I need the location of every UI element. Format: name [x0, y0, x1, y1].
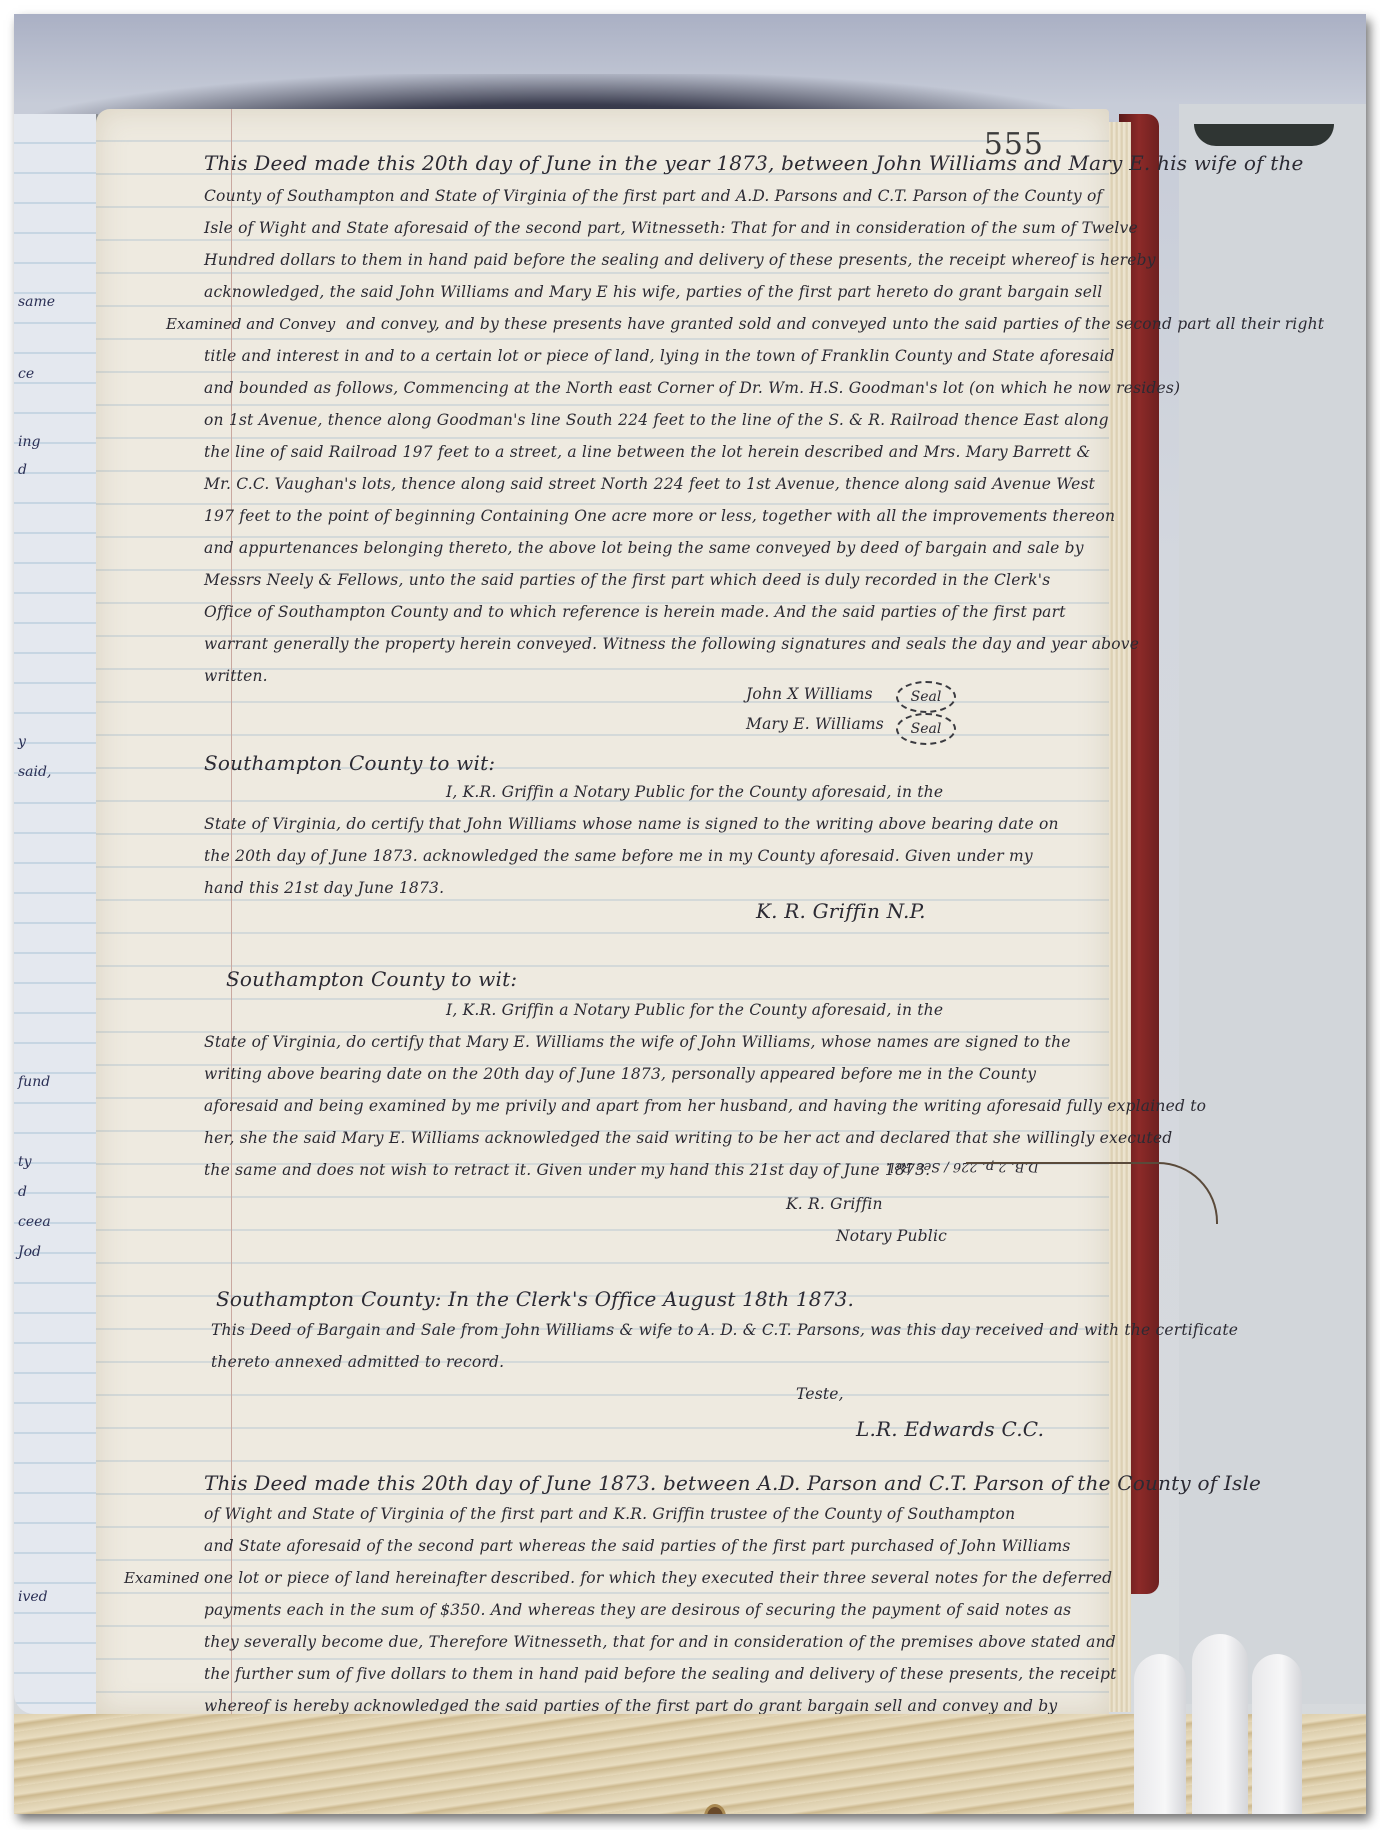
certificate-line: State of Virginia, do certify that Mary … [204, 1033, 1071, 1051]
deed-line: of Wight and State of Virginia of the fi… [204, 1505, 1015, 1523]
deed-line: and appurtenances belonging thereto, the… [204, 539, 1084, 557]
seal-icon: Seal [896, 681, 956, 713]
deed-line: the further sum of five dollars to them … [204, 1665, 1117, 1683]
deed-line: they severally become due, Therefore Wit… [204, 1633, 1116, 1651]
certificate-line: I, K.R. Griffin a Notary Public for the … [446, 783, 943, 801]
clerk-heading: Southampton County: In the Clerk's Offic… [216, 1287, 854, 1311]
left-page-fragment: ing [18, 434, 40, 450]
left-page-fragment: fund [18, 1074, 50, 1090]
deed-line: and bounded as follows, Commencing at th… [204, 379, 1180, 397]
notary-signature: K. R. Griffin N.P. [756, 899, 926, 923]
left-page-fragment: Jod [18, 1244, 41, 1260]
dark-object [1194, 124, 1334, 146]
deed-line: whereof is hereby acknowledged the said … [204, 1697, 1057, 1715]
signature-flourish [966, 1162, 1218, 1224]
clerk-line: thereto annexed admitted to record. [211, 1353, 504, 1371]
clerk-line: This Deed of Bargain and Sale from John … [211, 1321, 1238, 1339]
certificate-heading: Southampton County to wit: [226, 967, 517, 991]
deed-line: and State aforesaid of the second part w… [204, 1537, 1071, 1555]
signature-john-williams: John X Williams [746, 685, 873, 703]
left-page-fragment: d [18, 1184, 27, 1200]
left-page: same ce ing d y said, fund ty d ceea Jod… [14, 114, 98, 1714]
deed-line: Mr. C.C. Vaughan's lots, thence along sa… [204, 475, 1095, 493]
deed-line: Office of Southampton County and to whic… [204, 603, 1066, 621]
deed-line: This Deed made this 20th day of June in … [204, 151, 1304, 175]
certificate-line: writing above bearing date on the 20th d… [204, 1065, 1036, 1083]
teste-label: Teste, [796, 1385, 844, 1403]
certificate-line: aforesaid and being examined by me privi… [204, 1097, 1206, 1115]
deed-line: on 1st Avenue, thence along Goodman's li… [204, 411, 1109, 429]
notary-title: Notary Public [836, 1227, 947, 1245]
deed-line: Messrs Neely & Fellows, unto the said pa… [204, 571, 1050, 589]
left-page-fragment: y [18, 734, 26, 750]
certificate-line: her, she the said Mary E. Williams ackno… [204, 1129, 1172, 1147]
left-page-fragment: ceea [18, 1214, 51, 1230]
margin-note-examined: Examined and Convey [166, 315, 335, 333]
deed-line: Hundred dollars to them in hand paid bef… [204, 251, 1156, 269]
deed-line: warrant generally the property herein co… [204, 635, 1139, 653]
certificate-line: I, K.R. Griffin a Notary Public for the … [446, 1001, 943, 1019]
left-page-fragment: same [18, 294, 55, 310]
table-surface [1179, 104, 1366, 1704]
deed-line: title and interest in and to a certain l… [204, 347, 1115, 365]
gloved-finger [1192, 1634, 1248, 1814]
deed-line: 197 feet to the point of beginning Conta… [204, 507, 1115, 525]
deed-line: one lot or piece of land hereinafter des… [204, 1569, 1112, 1587]
deed-line: This Deed made this 20th day of June 187… [204, 1471, 1261, 1495]
clerk-signature: L.R. Edwards C.C. [856, 1417, 1044, 1441]
gloved-finger [1134, 1654, 1186, 1814]
certificate-line: the same and does not wish to retract it… [204, 1161, 930, 1179]
deed-line: written. [204, 667, 268, 685]
certificate-heading: Southampton County to wit: [204, 751, 495, 775]
photograph-frame: same ce ing d y said, fund ty d ceea Jod… [14, 14, 1366, 1814]
deed-line: County of Southampton and State of Virgi… [204, 187, 1102, 205]
left-page-fragment: d [18, 462, 27, 478]
certificate-line: hand this 21st day June 1873. [204, 879, 444, 897]
seal-icon: Seal [896, 713, 956, 745]
left-page-fragment: ce [18, 366, 34, 382]
gloved-finger [1252, 1654, 1302, 1814]
signature-mary-williams: Mary E. Williams [746, 715, 884, 733]
left-page-fragment: said, [18, 764, 51, 780]
certificate-line: State of Virginia, do certify that John … [204, 815, 1059, 833]
deed-line: payments each in the sum of $350. And wh… [204, 1601, 1071, 1619]
left-page-fragment: ty [18, 1154, 32, 1170]
margin-note-examined: Examined [124, 1569, 200, 1587]
deed-line: the line of said Railroad 197 feet to a … [204, 443, 1091, 461]
certificate-line: the 20th day of June 1873. acknowledged … [204, 847, 1033, 865]
deed-line: acknowledged, the said John Williams and… [204, 283, 1102, 301]
deed-line: Isle of Wight and State aforesaid of the… [204, 219, 1138, 237]
ledger-page: 555 This Deed made this 20th day of June… [96, 109, 1109, 1714]
left-page-fragment: ived [18, 1589, 48, 1605]
notary-signature: K. R. Griffin [786, 1195, 883, 1213]
deed-line: and convey, and by these presents have g… [346, 315, 1324, 333]
